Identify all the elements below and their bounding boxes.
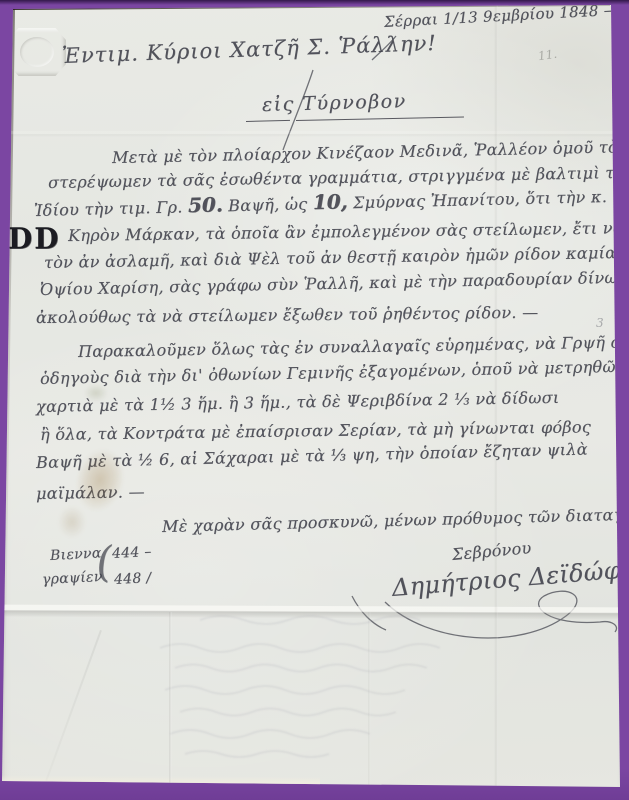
- fold-crease-diagonal: [45, 630, 102, 781]
- salutation: Ἐντιμ. Κύριοι Χατζῆ Σ. Ῥάλλην!: [62, 31, 437, 68]
- body-line: Μετὰ μὲ τὸν πλοίαρχον Κινέζαον Μεδινᾶ, Ῥ…: [112, 137, 618, 167]
- show-through-ghost-text: [160, 616, 440, 757]
- embossed-seal: [8, 28, 66, 76]
- account-note-value: 444 –: [112, 544, 152, 562]
- faint-margin-mark: 3: [596, 316, 604, 330]
- destination-underline: [296, 116, 464, 121]
- body-line-part: Σμύρνας Ἠπανίτου, ὅτι τὴν κ.: [347, 187, 607, 212]
- account-note-word: γραψίεν: [42, 569, 103, 588]
- amount-50: 50.: [188, 192, 223, 217]
- foxing-stain: [58, 506, 86, 538]
- amount-10: 10,: [312, 189, 347, 214]
- dateline: Σέρραι 1/13 9εμβρίου 1848 —: [384, 1, 620, 31]
- pencil-mark: 11.: [537, 47, 558, 64]
- embossed-seal-inner: [20, 37, 54, 67]
- body-line: χαρτιὰ μὲ τὰ 1½ 3 ἥμ. ἢ 3 ἥμ., τὰ δὲ Ψερ…: [36, 388, 560, 416]
- body-line: Ὀψίου Χαρίση, σὰς γράφω σὺν Ῥαλλῆ, καὶ μ…: [40, 268, 628, 299]
- paper-left-edge-shadow: [1, 9, 15, 784]
- body-line: ἢ ὅλα, τὰ Κοντράτα μὲ ἐπαίσρισαν Σερίαν,…: [40, 417, 591, 444]
- body-line: Κηρὸν Μάρκαν, τὰ ὁποῖα ἂν ἐμπολεγμένον σ…: [68, 218, 629, 245]
- letter-scan-photo: Σέρραι 1/13 9εμβρίου 1848 — 11. Ἐντιμ. Κ…: [0, 0, 629, 800]
- fold-crease-faint: [0, 131, 629, 137]
- fold-crease-vertical: [494, 0, 498, 800]
- account-note-value: 448 /: [114, 570, 152, 588]
- dd-postal-mark: DD: [8, 221, 61, 256]
- fold-crease-vertical: [368, 612, 371, 800]
- body-line-part: Βαψῆ, ὡς: [223, 194, 313, 215]
- body-line: ἀκολούθως τὰ νὰ στείλωμεν ἔξωθεν τοῦ ῥηθ…: [36, 303, 539, 327]
- body-line: τὸν ἀν ἀσλαμῆ, καὶ διὰ Ψὲλ τοῦ ἀν θεστῇ …: [44, 243, 627, 272]
- foxing-stain: [84, 384, 108, 402]
- destination-line: εἰς Τύρνοβον: [262, 90, 407, 116]
- fold-crease-horizontal: [0, 605, 629, 620]
- letter-paper: Σέρραι 1/13 9εμβρίου 1848 — 11. Ἐντιμ. Κ…: [0, 0, 629, 800]
- valediction: Σεβρόνου: [451, 538, 532, 564]
- signature: Δημήτριος Δεϊδώφφ: [391, 555, 629, 602]
- fold-crease-vertical: [169, 612, 172, 800]
- body-line-part: Ἰδίου τὴν τιμ. Γρ.: [34, 197, 188, 220]
- destination-underline: [246, 120, 290, 122]
- body-line: Παρακαλοῦμεν ὅλως τὰς ἐν συναλλαγαῖς εὑρ…: [78, 331, 629, 361]
- body-line: ὁδηγοὺς διὰ τὴν δι' ὀθωνίων Γεμινῆς ἐξαγ…: [40, 357, 629, 388]
- closing-line: Μὲ χαρὰν σᾶς προσκυνῶ, μένων πρόθυμος τῶ…: [162, 503, 629, 536]
